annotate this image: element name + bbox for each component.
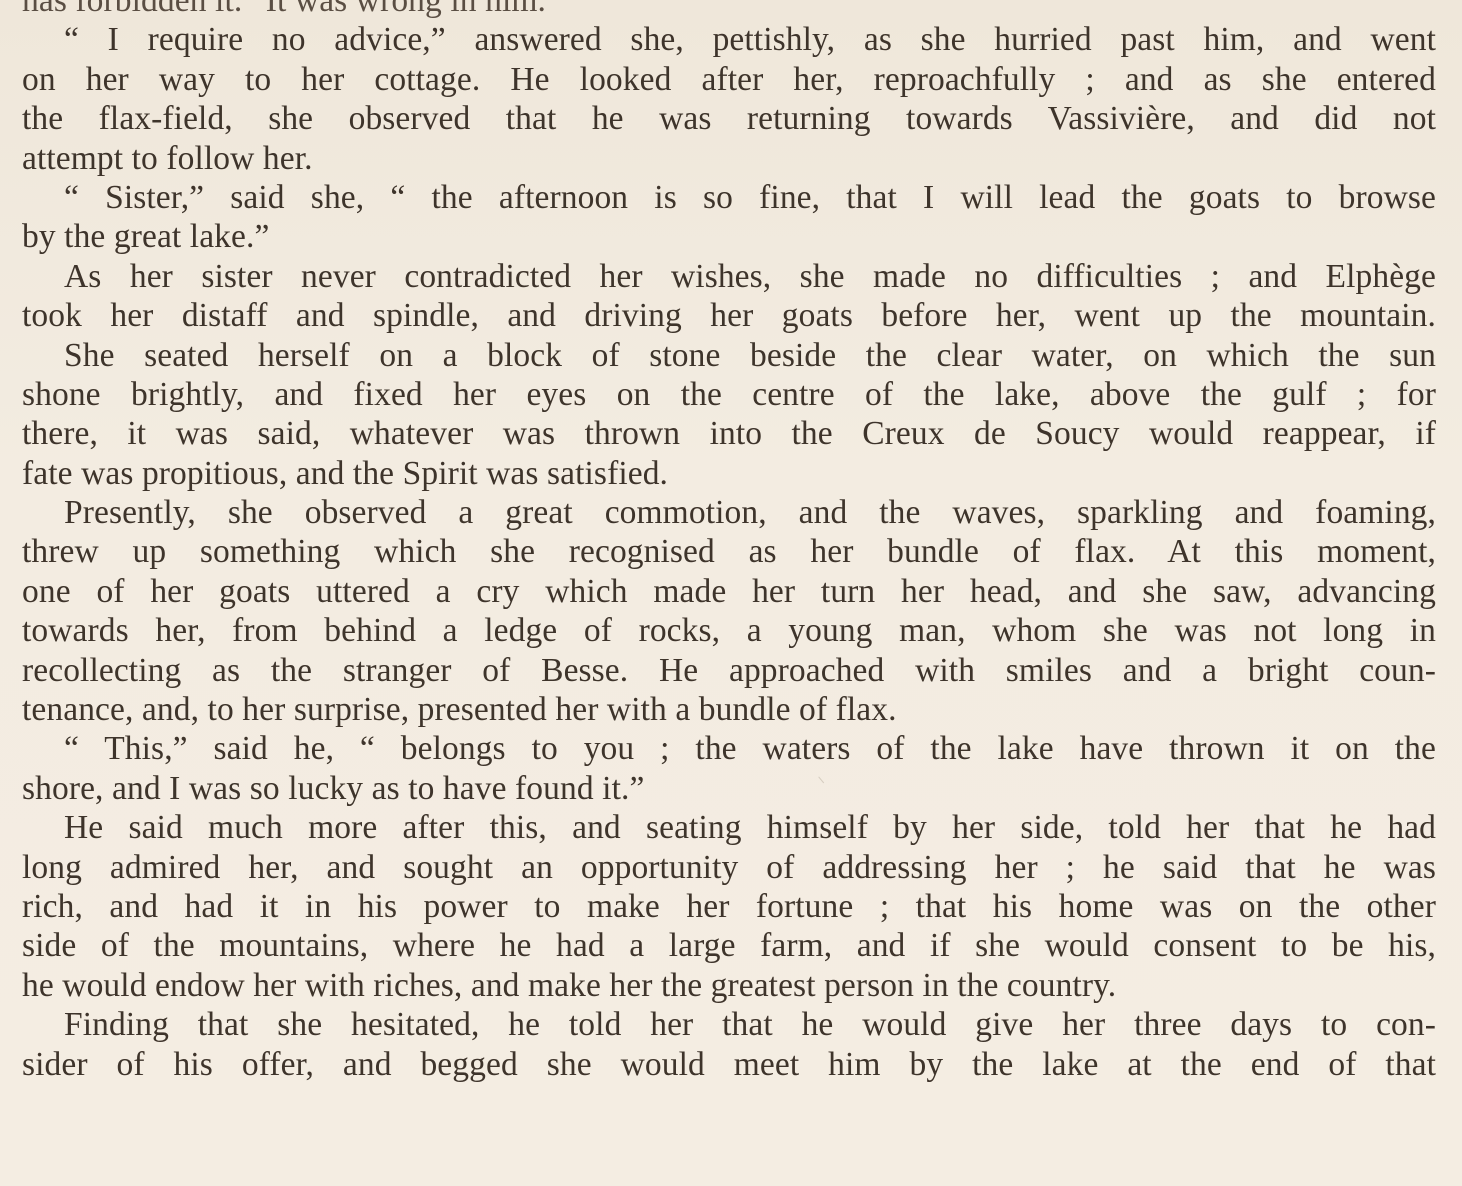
text-line: Presently, she observed a great commotio… (22, 493, 1436, 532)
text-line: on her way to her cottage. He looked aft… (22, 60, 1436, 99)
text-line: recollecting as the stranger of Besse. H… (22, 651, 1436, 690)
text-line: shone brightly, and fixed her eyes on th… (22, 375, 1436, 414)
text-line: tenance, and, to her surprise, presented… (22, 690, 1436, 729)
scanned-book-page: has forbidden it.” It was wrong in him. … (0, 0, 1462, 1186)
text-line: threw up something which she recognised … (22, 532, 1436, 571)
text-line: attempt to follow her. (22, 139, 1436, 178)
text-line: towards her, from behind a ledge of rock… (22, 611, 1436, 650)
text-line: She seated herself on a block of stone b… (22, 336, 1436, 375)
text-line: took her distaff and spindle, and drivin… (22, 296, 1436, 335)
text-line: “ Sister,” said she, “ the afternoon is … (22, 178, 1436, 217)
text-line: one of her goats uttered a cry which mad… (22, 572, 1436, 611)
text-line: by the great lake.” (22, 217, 1436, 256)
text-line: As her sister never contradicted her wis… (22, 257, 1436, 296)
text-line: he would endow her with riches, and make… (22, 966, 1436, 1005)
text-line: Finding that she hesitated, he told her … (22, 1005, 1436, 1044)
text-line: side of the mountains, where he had a la… (22, 926, 1436, 965)
page-text-body: has forbidden it.” It was wrong in him. … (22, 0, 1436, 1084)
text-line: the flax-field, she observed that he was… (22, 99, 1436, 138)
text-line: long admired her, and sought an opportun… (22, 848, 1436, 887)
text-line: “ This,” said he, “ belongs to you ; the… (22, 729, 1436, 768)
text-line: He said much more after this, and seatin… (22, 808, 1436, 847)
text-line: rich, and had it in his power to make he… (22, 887, 1436, 926)
text-line: fate was propitious, and the Spirit was … (22, 454, 1436, 493)
text-line: shore, and I was so lucky as to have fou… (22, 769, 1436, 808)
text-line-cut-top: has forbidden it.” It was wrong in him. (22, 0, 1436, 20)
text-line: “ I require no advice,” answered she, pe… (22, 20, 1436, 59)
text-line: sider of his offer, and begged she would… (22, 1045, 1436, 1084)
text-line: there, it was said, whatever was thrown … (22, 414, 1436, 453)
